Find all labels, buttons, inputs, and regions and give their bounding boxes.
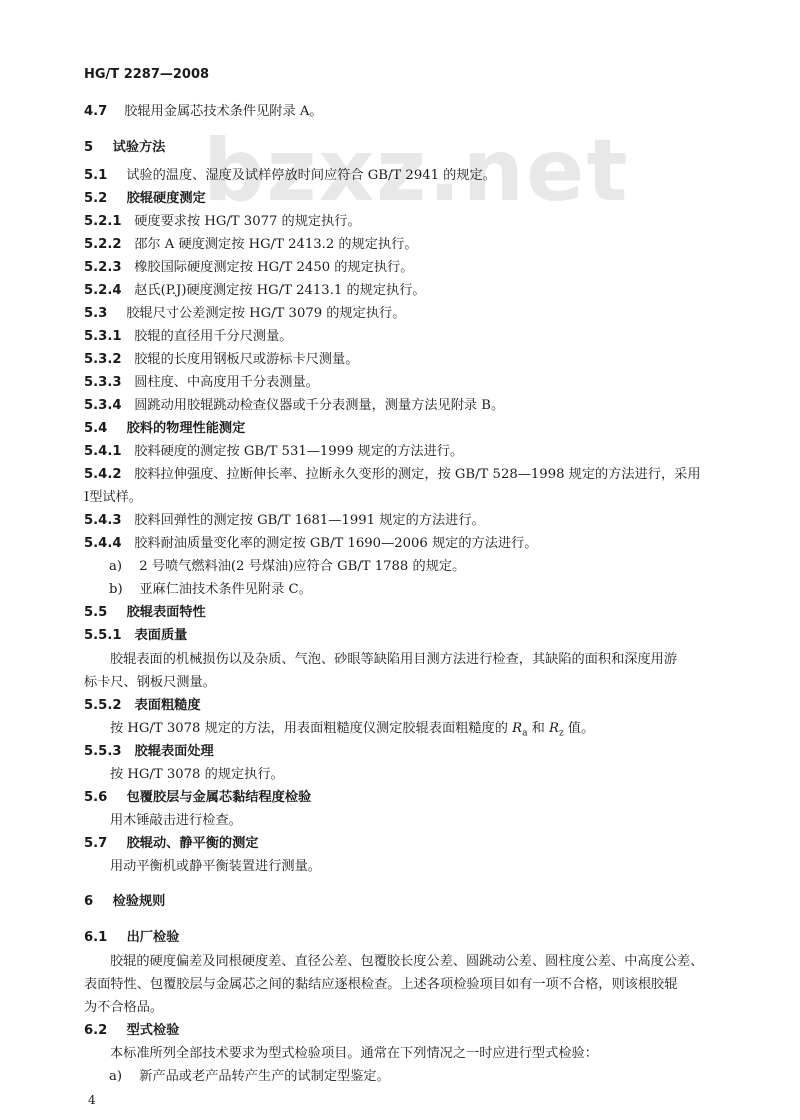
- paragraph-text: 按 HG/T 3078 的规定执行。: [110, 767, 284, 782]
- clause-5-4-4: 5.4.4 胶料耐油质量变化率的测定按 GB/T 1690—2006 规定的方法…: [84, 536, 538, 552]
- clause-number: 5.4: [84, 421, 122, 437]
- clause-5-4-heading: 5.4 胶料的物理性能测定: [84, 421, 245, 437]
- symbol-r: R: [512, 721, 522, 736]
- clause-number: 5.4.4: [84, 536, 130, 552]
- paragraph-factory-inspection-line2: 表面特性、包覆胶层与金属芯之间的黏结应逐根检查。上述各项检验项目如有一项不合格，…: [84, 977, 677, 993]
- clause-5-2-2: 5.2.2 邵尔 A 硬度测定按 HG/T 2413.2 的规定执行。: [84, 237, 418, 253]
- clause-title: 包覆胶层与金属芯黏结程度检验: [127, 790, 312, 805]
- clause-number: 5.1: [84, 168, 122, 184]
- clause-5-5-3-heading: 5.5.3 胶辊表面处理: [84, 744, 214, 760]
- list-marker: b): [109, 582, 135, 598]
- paragraph-surface-quality: 胶辊表面的机械损伤以及杂质、气泡、砂眼等缺陷用目测方法进行检查，其缺陷的面积和深…: [110, 652, 677, 668]
- clause-number: 5.5.3: [84, 744, 130, 760]
- clause-title: 胶料的物理性能测定: [127, 421, 246, 436]
- clause-number: 5.4.2: [84, 467, 130, 483]
- clause-5-4-1: 5.4.1 胶料硬度的测定按 GB/T 531—1999 规定的方法进行。: [84, 444, 463, 460]
- clause-number: 5.2.3: [84, 260, 130, 276]
- clause-number: 4.7: [84, 104, 120, 120]
- clause-number: 5.2.2: [84, 237, 130, 253]
- clause-title: 胶辊表面特性: [127, 605, 206, 620]
- paragraph-text: 用木锤敲击进行检查。: [110, 813, 242, 828]
- clause-text: 圆跳动用胶辊跳动检查仪器或千分表测量，测量方法见附录 B。: [134, 398, 504, 413]
- clause-5-6-heading: 5.6 包覆胶层与金属芯黏结程度检验: [84, 790, 311, 806]
- clause-text: 胶辊用金属芯技术条件见附录 A。: [124, 104, 322, 119]
- clause-number: 5.3: [84, 306, 122, 322]
- clause-5-4-3: 5.4.3 胶料回弹性的测定按 GB/T 1681—1991 规定的方法进行。: [84, 513, 485, 529]
- paragraph-text: 胶辊表面的机械损伤以及杂质、气泡、砂眼等缺陷用目测方法进行检查，其缺陷的面积和深…: [110, 652, 677, 667]
- paragraph-roughness: 按 HG/T 3078 规定的方法，用表面粗糙度仪测定胶辊表面粗糙度的 Ra 和…: [110, 721, 594, 742]
- clause-number: 5.3.3: [84, 375, 130, 391]
- list-marker: a): [109, 1069, 135, 1085]
- clause-5-3-2: 5.3.2 胶辊的长度用钢板尺或游标卡尺测量。: [84, 352, 358, 368]
- clause-number: 5.7: [84, 836, 122, 852]
- clause-text: 橡胶国际硬度测定按 HG/T 2450 的规定执行。: [134, 260, 413, 275]
- clause-title: 出厂检验: [127, 930, 180, 945]
- clause-number: 5.6: [84, 790, 122, 806]
- clause-number: 5.5.1: [84, 628, 130, 644]
- section-title: 试验方法: [113, 140, 166, 155]
- paragraph-factory-inspection-line3: 为不合格品。: [84, 1000, 163, 1016]
- clause-number: 6.1: [84, 930, 122, 946]
- paragraph-end: 值。: [564, 721, 595, 736]
- paragraph-text: 标卡尺、钢板尺测量。: [84, 675, 216, 690]
- paragraph-adhesion-check: 用木锤敲击进行检查。: [110, 813, 242, 829]
- clause-5-2-4: 5.2.4 赵氏(P.J)硬度测定按 HG/T 2413.1 的规定执行。: [84, 283, 426, 299]
- clause-5-2-3: 5.2.3 橡胶国际硬度测定按 HG/T 2450 的规定执行。: [84, 260, 413, 276]
- clause-text: 圆柱度、中高度用千分表测量。: [134, 375, 319, 390]
- section-5-heading: 5 试验方法: [84, 140, 165, 156]
- paragraph-text: 按 HG/T 3078 规定的方法，用表面粗糙度仪测定胶辊表面粗糙度的: [110, 721, 508, 736]
- paragraph-text: 为不合格品。: [84, 1000, 163, 1015]
- list-item-a-new-product: a) 新产品或老产品转产生产的试制定型鉴定。: [109, 1069, 390, 1085]
- clause-text: 胶料硬度的测定按 GB/T 531—1999 规定的方法进行。: [134, 444, 463, 459]
- clause-5-3-1: 5.3.1 胶辊的直径用千分尺测量。: [84, 329, 292, 345]
- clause-text: 胶辊的长度用钢板尺或游标卡尺测量。: [134, 352, 358, 367]
- clause-title: 型式检验: [127, 1023, 180, 1038]
- list-item-a: a) 2 号喷气燃料油(2 号煤油)应符合 GB/T 1788 的规定。: [109, 559, 465, 575]
- clause-4-7: 4.7 胶辊用金属芯技术条件见附录 A。: [84, 104, 323, 120]
- clause-number: 5.2: [84, 191, 122, 207]
- clause-5-3-4: 5.3.4 圆跳动用胶辊跳动检查仪器或千分表测量，测量方法见附录 B。: [84, 398, 504, 414]
- section-number: 6: [84, 894, 108, 910]
- paragraph-factory-inspection: 胶辊的硬度偏差及同根硬度差、直径公差、包覆胶长度公差、圆跳动公差、圆柱度公差、中…: [110, 954, 703, 970]
- section-6-heading: 6 检验规则: [84, 894, 165, 910]
- clause-text: 试验的温度、湿度及试样停放时间应符合 GB/T 2941 的规定。: [126, 168, 496, 183]
- clause-number: 5.4.1: [84, 444, 130, 460]
- clause-6-1-heading: 6.1 出厂检验: [84, 930, 179, 946]
- list-text: 新产品或老产品转产生产的试制定型鉴定。: [139, 1069, 390, 1084]
- symbol-r: R: [549, 721, 559, 736]
- clause-title: 胶辊动、静平衡的测定: [127, 836, 259, 851]
- clause-5-4-2: 5.4.2 胶料拉伸强度、拉断伸长率、拉断永久变形的测定，按 GB/T 528—…: [84, 467, 701, 483]
- page-number: 4: [88, 1092, 96, 1108]
- clause-number: 5.3.2: [84, 352, 130, 368]
- clause-text: Ⅰ型试样。: [84, 490, 142, 505]
- clause-number: 5.5: [84, 605, 122, 621]
- clause-5-3-3: 5.3.3 圆柱度、中高度用千分表测量。: [84, 375, 319, 391]
- clause-number: 5.2.4: [84, 283, 130, 299]
- list-text: 2 号喷气燃料油(2 号煤油)应符合 GB/T 1788 的规定。: [139, 559, 465, 574]
- clause-title: 表面粗糙度: [135, 698, 201, 713]
- section-title: 检验规则: [113, 894, 166, 909]
- clause-5-4-2-continued: Ⅰ型试样。: [84, 490, 142, 506]
- paragraph-surface-treatment: 按 HG/T 3078 的规定执行。: [110, 767, 284, 783]
- list-text: 亚麻仁油技术条件见附录 C。: [139, 582, 312, 597]
- clause-text: 胶料拉伸强度、拉断伸长率、拉断永久变形的测定，按 GB/T 528—1998 规…: [134, 467, 700, 482]
- clause-title: 胶辊表面处理: [135, 744, 214, 759]
- clause-number: 5.5.2: [84, 698, 130, 714]
- clause-text: 胶辊尺寸公差测定按 HG/T 3079 的规定执行。: [126, 306, 405, 321]
- clause-5-7-heading: 5.7 胶辊动、静平衡的测定: [84, 836, 258, 852]
- paragraph-text: 胶辊的硬度偏差及同根硬度差、直径公差、包覆胶长度公差、圆跳动公差、圆柱度公差、中…: [110, 954, 703, 969]
- clause-5-2-heading: 5.2 胶辊硬度测定: [84, 191, 206, 207]
- list-item-b: b) 亚麻仁油技术条件见附录 C。: [109, 582, 312, 598]
- clause-5-3: 5.3 胶辊尺寸公差测定按 HG/T 3079 的规定执行。: [84, 306, 405, 322]
- section-number: 5: [84, 140, 108, 156]
- clause-text: 赵氏(P.J)硬度测定按 HG/T 2413.1 的规定执行。: [134, 283, 425, 298]
- clause-5-2-1: 5.2.1 硬度要求按 HG/T 3077 的规定执行。: [84, 214, 361, 230]
- paragraph-balance-test: 用动平衡机或静平衡装置进行测量。: [110, 859, 321, 875]
- clause-title: 表面质量: [135, 628, 188, 643]
- clause-number: 6.2: [84, 1023, 122, 1039]
- clause-number: 5.2.1: [84, 214, 130, 230]
- clause-5-5-1-heading: 5.5.1 表面质量: [84, 628, 187, 644]
- clause-number: 5.3.4: [84, 398, 130, 414]
- conjunction: 和: [527, 721, 549, 736]
- standard-code-header: HG/T 2287—2008: [84, 67, 209, 83]
- clause-5-5-heading: 5.5 胶辊表面特性: [84, 605, 206, 621]
- clause-5-1: 5.1 试验的温度、湿度及试样停放时间应符合 GB/T 2941 的规定。: [84, 168, 496, 184]
- clause-6-2-heading: 6.2 型式检验: [84, 1023, 179, 1039]
- clause-text: 胶辊的直径用千分尺测量。: [134, 329, 292, 344]
- clause-text: 胶料耐油质量变化率的测定按 GB/T 1690—2006 规定的方法进行。: [134, 536, 537, 551]
- clause-5-5-2-heading: 5.5.2 表面粗糙度: [84, 698, 201, 714]
- clause-text: 胶料回弹性的测定按 GB/T 1681—1991 规定的方法进行。: [134, 513, 485, 528]
- clause-number: 5.3.1: [84, 329, 130, 345]
- paragraph-surface-quality-continued: 标卡尺、钢板尺测量。: [84, 675, 216, 691]
- clause-text: 硬度要求按 HG/T 3077 的规定执行。: [134, 214, 360, 229]
- paragraph-text: 本标准所列全部技术要求为型式检验项目。通常在下列情况之一时应进行型式检验：: [110, 1046, 598, 1061]
- clause-title: 胶辊硬度测定: [127, 191, 206, 206]
- clause-text: 邵尔 A 硬度测定按 HG/T 2413.2 的规定执行。: [134, 237, 417, 252]
- clause-number: 5.4.3: [84, 513, 130, 529]
- paragraph-text: 表面特性、包覆胶层与金属芯之间的黏结应逐根检查。上述各项检验项目如有一项不合格，…: [84, 977, 677, 992]
- list-marker: a): [109, 559, 135, 575]
- paragraph-text: 用动平衡机或静平衡装置进行测量。: [110, 859, 321, 874]
- paragraph-type-inspection: 本标准所列全部技术要求为型式检验项目。通常在下列情况之一时应进行型式检验：: [110, 1046, 598, 1062]
